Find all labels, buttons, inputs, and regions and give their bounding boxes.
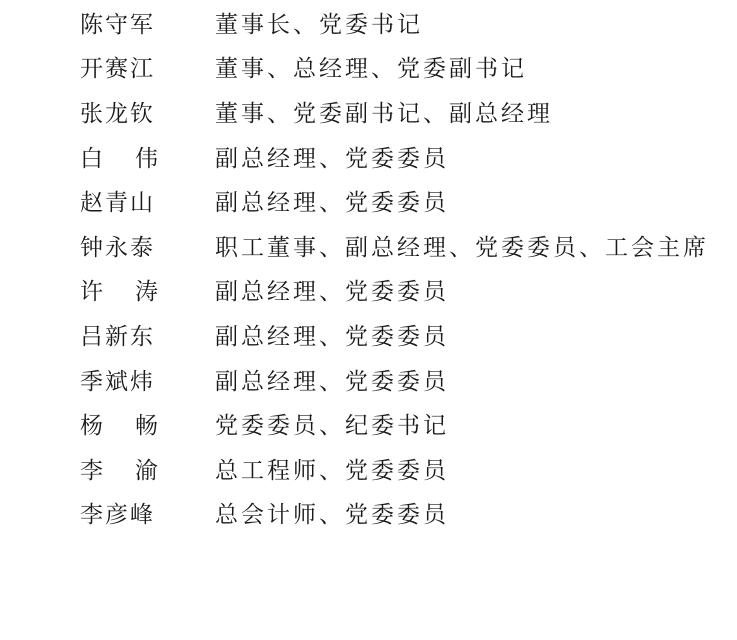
person-title: 副总经理、党委委员 [215,140,449,173]
person-title: 总会计师、党委委员 [215,496,449,529]
roster-row: 季斌炜 副总经理、党委委员 [80,357,737,402]
roster-row: 开赛江 董事、总经理、党委副书记 [80,45,737,90]
person-title: 副总经理、党委委员 [215,273,449,306]
roster-row: 李 渝 总工程师、党委委员 [80,446,737,491]
person-name: 吕新东 [80,318,158,351]
roster-row: 赵青山 副总经理、党委委员 [80,178,737,223]
roster-row: 李彦峰 总会计师、党委委员 [80,491,737,536]
roster-row: 杨 畅 党委委员、纪委书记 [80,401,737,446]
roster-row: 钟永泰 职工董事、副总经理、党委委员、工会主席 [80,223,737,268]
person-name: 钟永泰 [80,229,158,262]
person-title: 党委委员、纪委书记 [215,407,449,440]
person-title: 董事长、党委书记 [215,6,423,39]
person-name: 赵青山 [80,184,158,217]
person-name: 白 伟 [80,140,158,173]
person-title: 副总经理、党委委员 [215,184,449,217]
roster-row: 张龙钦 董事、党委副书记、副总经理 [80,89,737,134]
roster-row: 白 伟 副总经理、党委委员 [80,134,737,179]
person-name: 杨 畅 [80,407,158,440]
person-name: 李 渝 [80,452,158,485]
roster-row: 陈守军 董事长、党委书记 [80,0,737,45]
roster-row: 许 涛 副总经理、党委委员 [80,268,737,313]
roster-row: 吕新东 副总经理、党委委员 [80,312,737,357]
person-title: 副总经理、党委委员 [215,318,449,351]
person-title: 董事、党委副书记、副总经理 [215,95,553,128]
person-name: 陈守军 [80,6,158,39]
person-name: 开赛江 [80,50,158,83]
person-name: 许 涛 [80,273,158,306]
person-title: 副总经理、党委委员 [215,363,449,396]
person-title: 职工董事、副总经理、党委委员、工会主席 [215,229,709,262]
person-name: 季斌炜 [80,363,158,396]
person-name: 张龙钦 [80,95,158,128]
person-name: 李彦峰 [80,496,158,529]
person-title: 董事、总经理、党委副书记 [215,50,527,83]
leadership-roster: 陈守军 董事长、党委书记 开赛江 董事、总经理、党委副书记 张龙钦 董事、党委副… [80,0,737,535]
person-title: 总工程师、党委委员 [215,452,449,485]
